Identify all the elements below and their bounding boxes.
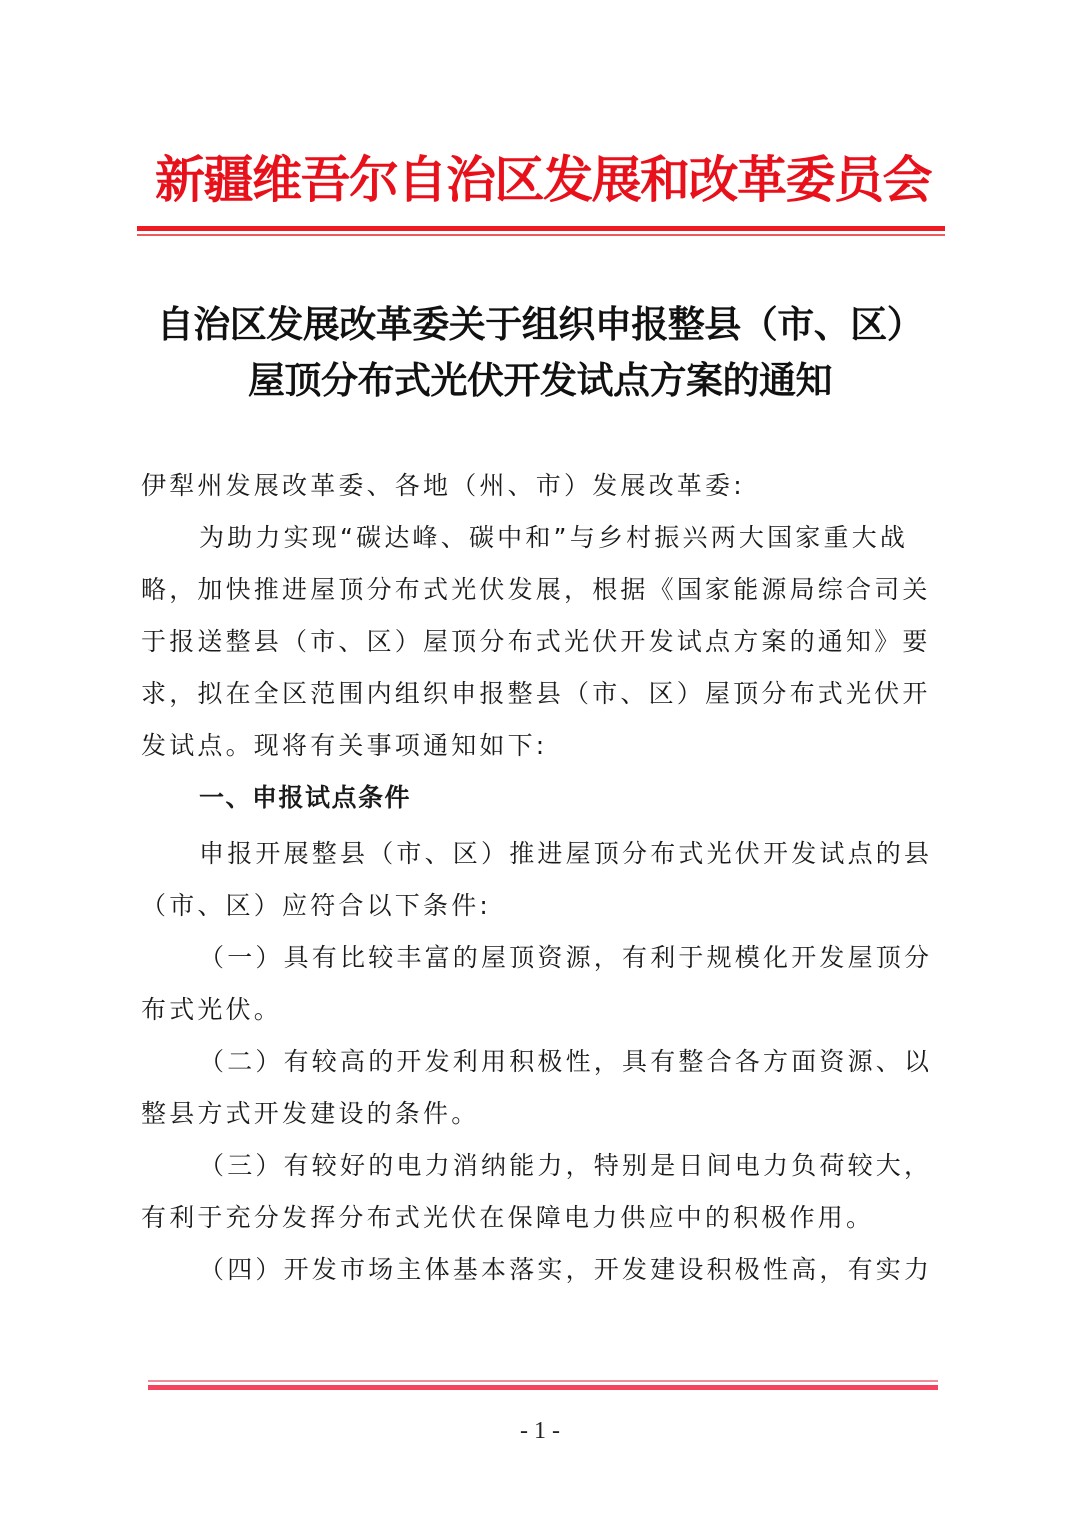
paragraph-line: （市、区）应符合以下条件: [141, 880, 491, 932]
condition-item-2: （二）有较高的开发利用积极性，具有整合各方面资源、以 [141, 1036, 932, 1088]
salutation: 伊犁州发展改革委、各地（州、市）发展改革委: [141, 460, 745, 512]
condition-item-3: （三）有较好的电力消纳能力，特别是日间电力负荷较大， [141, 1140, 932, 1192]
paragraph-line: 求，拟在全区范围内组织申报整县（市、区）屋顶分布式光伏开 [141, 668, 931, 720]
paragraph-line: 有利于充分发挥分布式光伏在保障电力供应中的积极作用。 [141, 1192, 874, 1244]
document-title: 自治区发展改革委关于组织申报整县（市、区） 屋顶分布式光伏开发试点方案的通知 [130, 296, 950, 408]
header-red-rule-thick [137, 226, 945, 231]
document-title-line-1: 自治区发展改革委关于组织申报整县（市、区） [130, 296, 950, 352]
page-number: - 1 - [490, 1418, 590, 1445]
footer-red-rule-thin [148, 1380, 938, 1382]
paragraph-line: 整县方式开发建设的条件。 [141, 1088, 479, 1140]
document-title-line-2: 屋顶分布式光伏开发试点方案的通知 [130, 352, 950, 408]
paragraph-line: 略，加快推进屋顶分布式光伏发展，根据《国家能源局综合司关 [141, 564, 931, 616]
issuing-organization-header: 新疆维吾尔自治区发展和改革委员会 [140, 145, 946, 215]
document-page: 新疆维吾尔自治区发展和改革委员会 自治区发展改革委关于组织申报整县（市、区） 屋… [0, 0, 1080, 1526]
paragraph-line: 发试点。现将有关事项通知如下: [141, 720, 547, 772]
section-heading: 一、申报试点条件 [141, 772, 411, 824]
condition-item-4: （四）开发市场主体基本落实，开发建设积极性高，有实力 [141, 1244, 932, 1296]
header-red-rule-thin [137, 234, 945, 236]
footer-red-rule-thick [148, 1385, 938, 1390]
condition-item-1: （一）具有比较丰富的屋顶资源，有利于规模化开发屋顶分 [141, 932, 932, 984]
paragraph-line: 于报送整县（市、区）屋顶分布式光伏开发试点方案的通知》要 [141, 616, 931, 668]
paragraph-line: 申报开展整县（市、区）推进屋顶分布式光伏开发试点的县 [141, 828, 932, 880]
paragraph-line: 为助力实现“碳达峰、碳中和”与乡村振兴两大国家重大战 [141, 512, 908, 564]
paragraph-line: 布式光伏。 [141, 984, 282, 1036]
